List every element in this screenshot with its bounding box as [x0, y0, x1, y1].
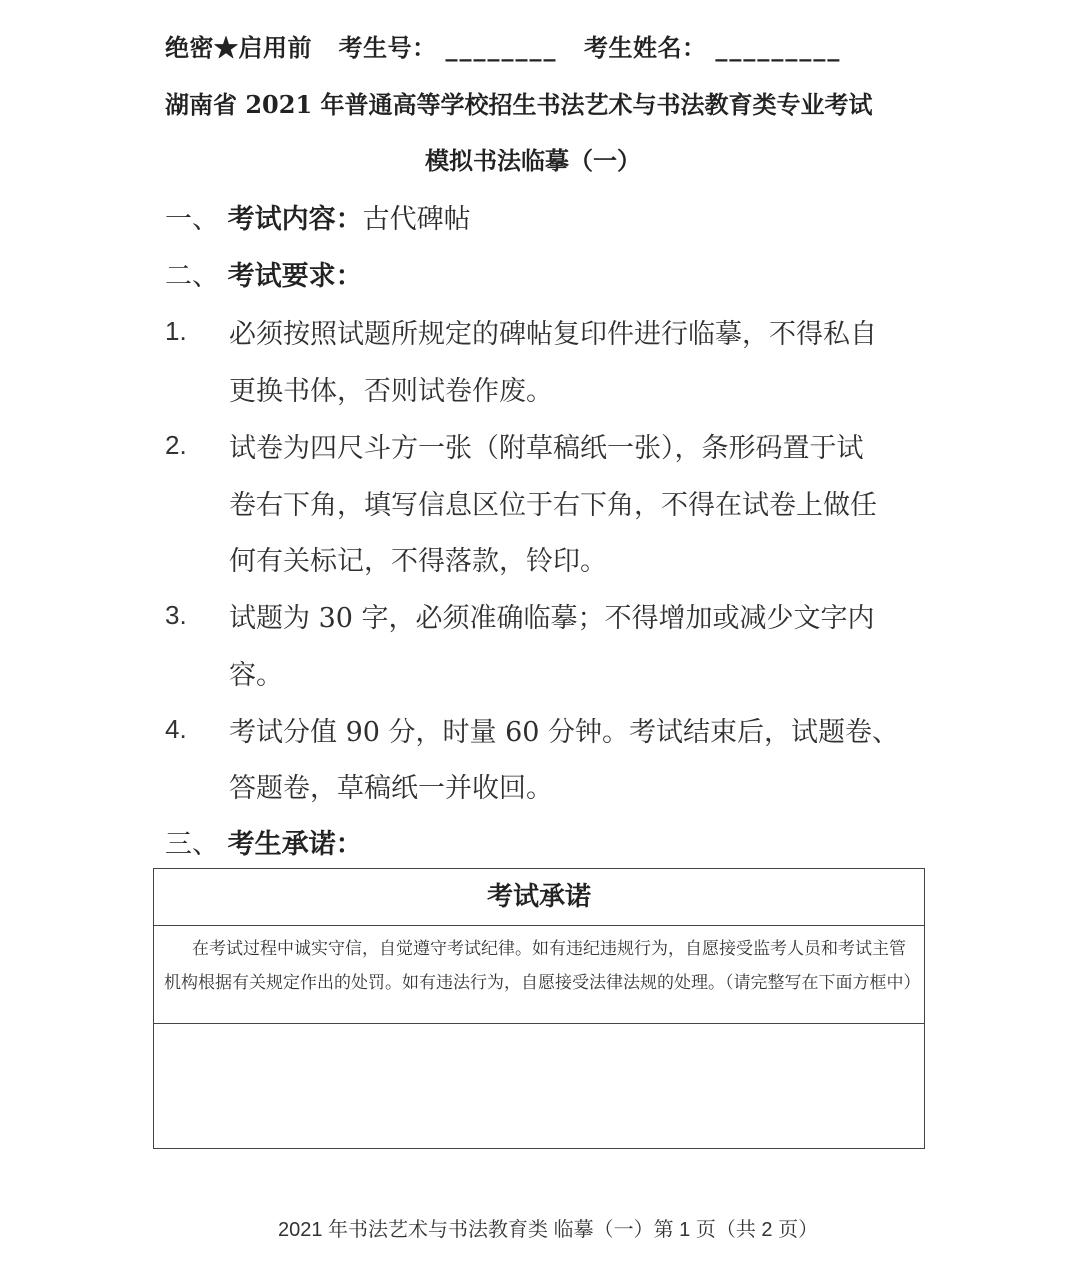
requirement-line: 试卷为四尺斗方一张（附草稿纸一张），条形码置于试	[229, 426, 864, 465]
exam-number-field[interactable]: ________	[445, 33, 557, 62]
document-title: 湖南省 2021 年普通高等学校招生书法艺术与书法教育类专业考试	[165, 85, 873, 120]
page-footer: 2021 年书法艺术与书法教育类 临摹（一）第 1 页（共 2 页）	[278, 1213, 818, 1242]
section-candidate-pledge: 三、 考生承诺：	[165, 822, 363, 861]
requirement-number: 4.	[165, 714, 187, 745]
exam-header: 绝密★启用前 考生号： ________ 考生姓名： _________	[165, 28, 841, 63]
section-marker: 三、	[165, 829, 219, 860]
requirement-line: 考试分值 90 分，时量 60 分钟。考试结束后，试题卷、	[229, 710, 899, 749]
section-exam-requirements: 二、 考试要求：	[165, 254, 363, 293]
secret-label: 绝密★启用前	[165, 33, 312, 62]
section-marker: 一、	[165, 204, 219, 235]
section-label: 考生承诺：	[228, 829, 363, 860]
requirement-line: 何有关标记，不得落款，铃印。	[229, 539, 607, 578]
pledge-table: 考试承诺 在考试过程中诚实守信，自觉遵守考试纪律。如有违纪违规行为，自愿接受监考…	[153, 868, 925, 1149]
pledge-text-cell: 在考试过程中诚实守信，自觉遵守考试纪律。如有违纪违规行为，自愿接受监考人员和考试…	[154, 926, 924, 1024]
requirement-line: 试题为 30 字，必须准确临摹；不得增加或减少文字内	[229, 596, 875, 635]
candidate-name-field[interactable]: _________	[715, 33, 841, 62]
requirement-line: 更换书体，否则试卷作废。	[229, 369, 553, 408]
section-value: 古代碑帖	[363, 204, 471, 235]
requirement-line: 容。	[229, 653, 283, 692]
requirement-number: 2.	[165, 430, 187, 461]
requirement-number: 3.	[165, 600, 187, 631]
pledge-text: 在考试过程中诚实守信，自觉遵守考试纪律。如有违纪违规行为，自愿接受监考人员和考试…	[164, 939, 921, 993]
section-label: 考试要求：	[228, 261, 363, 292]
requirement-number: 1.	[165, 316, 187, 347]
requirement-line: 卷右下角，填写信息区位于右下角，不得在试卷上做任	[229, 483, 877, 522]
requirement-line: 答题卷，草稿纸一并收回。	[229, 766, 553, 805]
pledge-table-title: 考试承诺	[154, 869, 924, 926]
pledge-write-area[interactable]	[154, 1024, 924, 1146]
document-subtitle: 模拟书法临摹（一）	[425, 141, 641, 176]
section-label: 考试内容：	[228, 204, 363, 235]
exam-number-label: 考生号：	[339, 33, 437, 62]
section-exam-content: 一、 考试内容：古代碑帖	[165, 197, 471, 236]
section-marker: 二、	[165, 261, 219, 292]
requirement-line: 必须按照试题所规定的碑帖复印件进行临摹，不得私自	[229, 312, 877, 351]
candidate-name-label: 考生姓名：	[584, 33, 707, 62]
